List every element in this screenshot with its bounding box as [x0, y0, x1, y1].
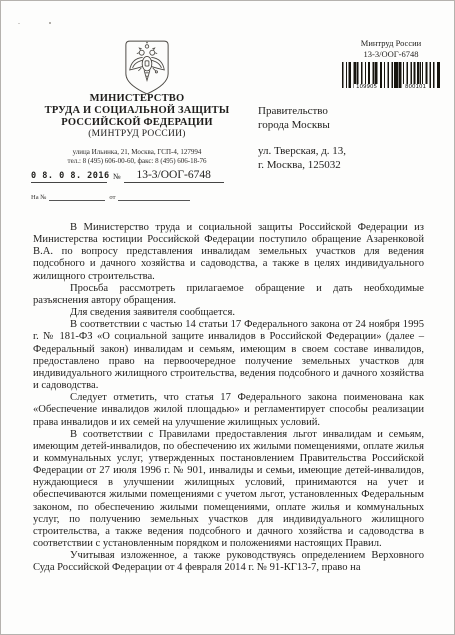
body-paragraph: В Министерство труда и социальной защиты… — [33, 222, 424, 283]
ministry-street-address: улица Ильинка, 21, Москва, ГСП-4, 127994 — [19, 148, 255, 157]
reference-date-blank — [118, 193, 190, 201]
body-paragraph: Просьба рассмотреть прилагаемое обращени… — [33, 283, 424, 307]
body-paragraph: В соответствии с Правилами предоставлени… — [33, 429, 424, 551]
addressee-address-line: ул. Тверская, д. 13, — [258, 145, 428, 159]
barcode-digits-right: 800101 — [403, 84, 428, 90]
addressee-address-line: г. Москва, 125032 — [258, 159, 428, 173]
registration-stamp: Минтруд России 13-3/ООГ-6748 109905 8001… — [342, 38, 440, 88]
date-number-row: 0 8. 0 8. 2016 № 13-3/ООГ-6748 — [31, 163, 251, 183]
scan-speck — [49, 22, 51, 24]
scan-speck — [18, 23, 20, 24]
reference-ot-label: от — [109, 194, 115, 201]
addressee-block: Правительство города Москвы ул. Тверская… — [258, 105, 428, 172]
outgoing-number: 13-3/ООГ-6748 — [124, 169, 224, 183]
reference-na-label: На № — [31, 194, 46, 201]
ministry-short-name: (МИНТРУД РОССИИ) — [19, 129, 255, 141]
russia-coat-of-arms-icon — [123, 40, 171, 96]
reference-line: На №от — [31, 193, 251, 201]
body-paragraph: Учитывая изложенное, а также руководству… — [33, 550, 424, 574]
ministry-name-line: РОССИЙСКОЙ ФЕДЕРАЦИИ — [19, 117, 255, 129]
registration-org: Минтруд России — [342, 38, 440, 49]
body-paragraph: Для сведения заявителя сообщается. — [33, 307, 424, 319]
body-paragraph: Следует отметить, что статья 17 Федераль… — [33, 392, 424, 428]
body-paragraph: В соответствии с частью 14 статьи 17 Фед… — [33, 319, 424, 392]
addressee-name-line: города Москвы — [258, 119, 428, 133]
barcode-digits-left: 109905 — [354, 84, 379, 90]
registration-number: 13-3/ООГ-6748 — [342, 49, 440, 60]
barcode-digits: 109905 800101 — [342, 84, 440, 90]
reference-number-blank — [49, 193, 105, 201]
letter-body: В Министерство труда и социальной защиты… — [33, 222, 424, 575]
ministry-name-line: ТРУДА И СОЦИАЛЬНОЙ ЗАЩИТЫ — [19, 105, 255, 117]
ministry-name-block: МИНИСТЕРСТВО ТРУДА И СОЦИАЛЬНОЙ ЗАЩИТЫ Р… — [19, 93, 255, 141]
ministry-name-line: МИНИСТЕРСТВО — [19, 93, 255, 105]
date-stamp: 0 8. 0 8. 2016 — [31, 171, 110, 181]
barcode-icon: 109905 800101 — [342, 62, 440, 88]
date-field: 0 8. 0 8. 2016 — [31, 169, 107, 183]
number-sign: № — [107, 172, 124, 183]
addressee-name-line: Правительство — [258, 105, 428, 119]
scanned-letter-page: МИНИСТЕРСТВО ТРУДА И СОЦИАЛЬНОЙ ЗАЩИТЫ Р… — [0, 0, 455, 635]
